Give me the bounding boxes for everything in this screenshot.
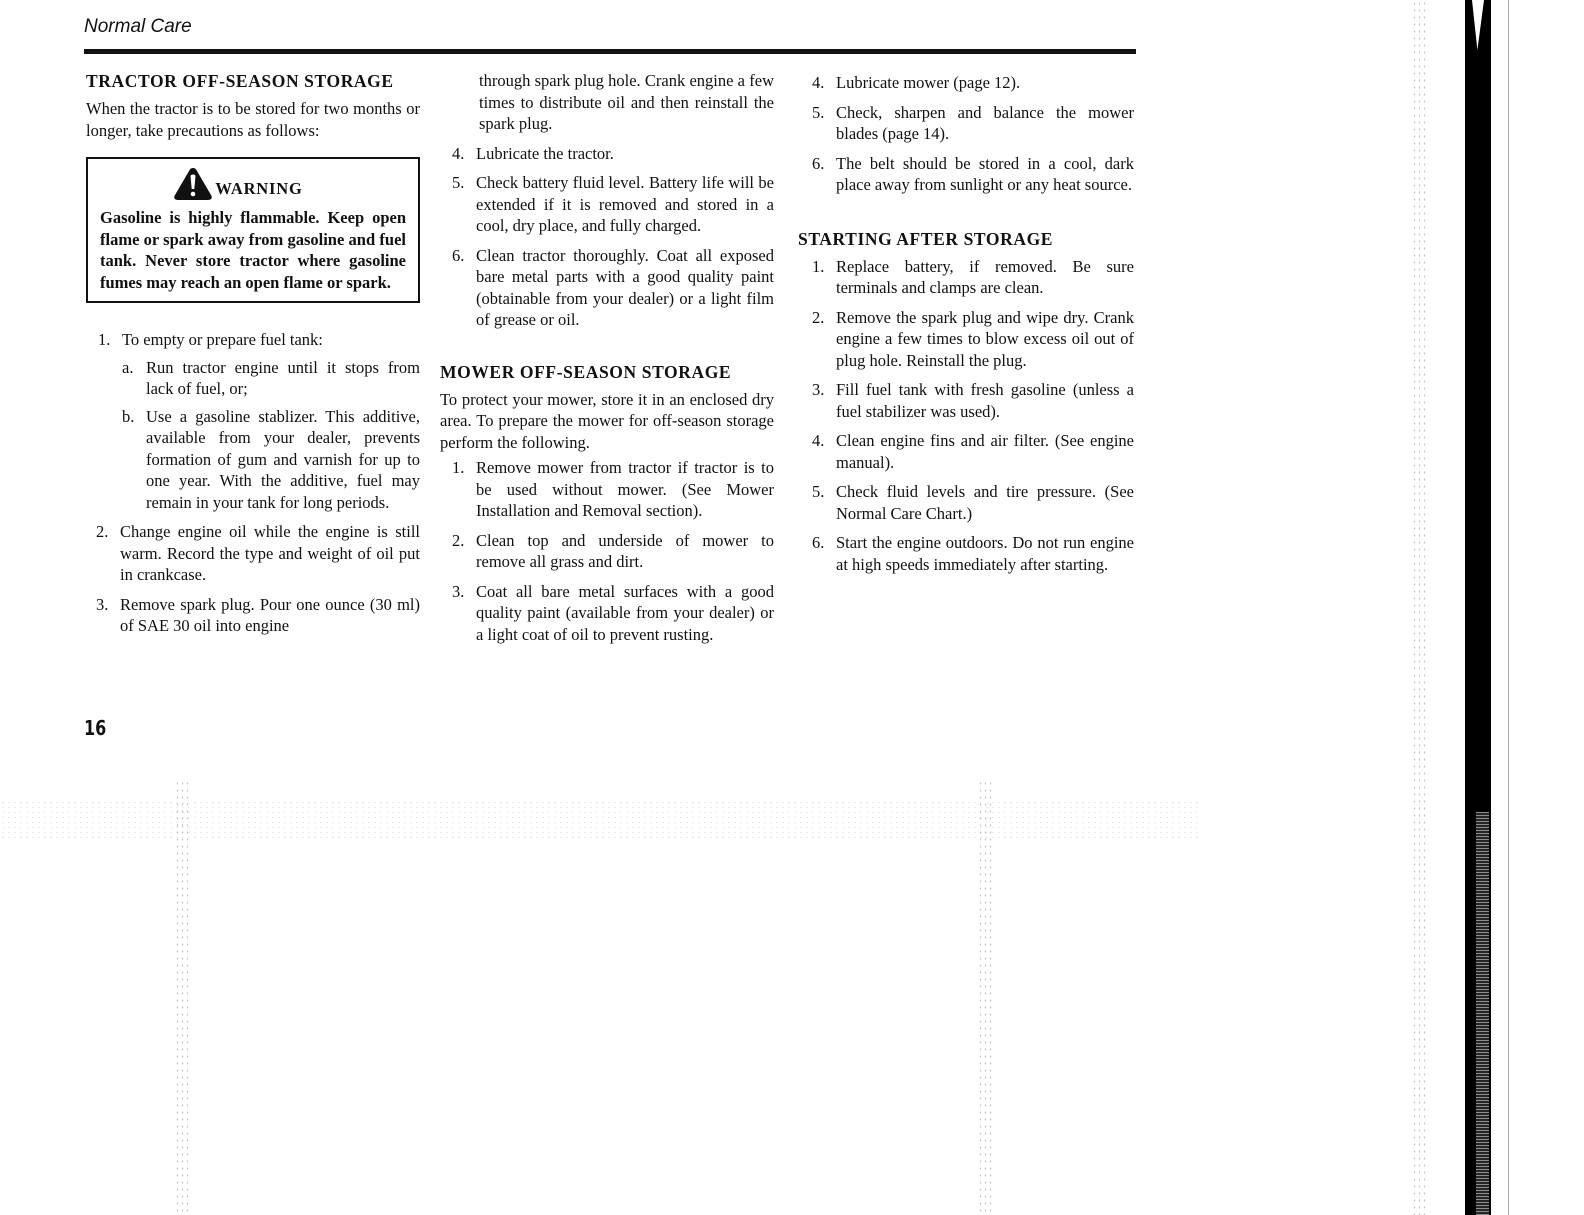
- mower-step-6: 6. The belt should be stored in a cool, …: [812, 153, 1134, 196]
- header-rule: [84, 49, 1136, 54]
- substep-letter: a.: [122, 357, 146, 400]
- tractor-storage-heading: TRACTOR OFF-SEASON STORAGE: [86, 70, 420, 92]
- step-number: 3.: [452, 581, 476, 646]
- scan-speckle-vertical: [175, 780, 189, 1215]
- mower-step-1: 1. Remove mower from tractor if tractor …: [452, 457, 774, 522]
- mower-step-4: 4. Lubricate mower (page 12).: [812, 72, 1134, 94]
- tractor-step-3-continuation: through spark plug hole. Crank engine a …: [440, 70, 774, 135]
- substep-letter: b.: [122, 406, 146, 514]
- mower-steps-list-continued: 4. Lubricate mower (page 12). 5. Check, …: [798, 72, 1134, 196]
- tractor-substep-b: b. Use a gasoline stablizer. This additi…: [122, 406, 420, 514]
- tractor-substep-a: a. Run tractor engine until it stops fro…: [122, 357, 420, 400]
- step-number: 1.: [452, 457, 476, 522]
- step-number: 3.: [96, 594, 120, 637]
- step-text: Change engine oil while the engine is st…: [120, 521, 420, 586]
- starting-step-5: 5. Check fluid levels and tire pressure.…: [812, 481, 1134, 524]
- step-text: Remove mower from tractor if tractor is …: [476, 457, 774, 522]
- column-3: 4. Lubricate mower (page 12). 5. Check, …: [798, 70, 1134, 583]
- step-number: 3.: [812, 379, 836, 422]
- tractor-step-5: 5. Check battery fluid level. Battery li…: [452, 172, 774, 237]
- column-1: TRACTOR OFF-SEASON STORAGE When the trac…: [86, 70, 420, 645]
- step-text: Coat all bare metal surfaces with a good…: [476, 581, 774, 646]
- running-head: Normal Care: [84, 16, 192, 38]
- substep-text: Run tractor engine until it stops from l…: [146, 357, 420, 400]
- step-text: Clean top and underside of mower to remo…: [476, 530, 774, 573]
- step-text: To empty or prepare fuel tank:: [122, 330, 323, 349]
- mower-step-2: 2. Clean top and underside of mower to r…: [452, 530, 774, 573]
- warning-header: WARNING: [100, 167, 406, 201]
- step-number: 4.: [812, 430, 836, 473]
- step-number: 6.: [812, 153, 836, 196]
- step-number: 1.: [98, 329, 122, 513]
- warning-triangle-icon: [173, 167, 213, 201]
- mower-storage-intro: To protect your mower, store it in an en…: [440, 389, 774, 454]
- column-2: through spark plug hole. Crank engine a …: [440, 70, 774, 653]
- starting-step-1: 1. Replace battery, if removed. Be sure …: [812, 256, 1134, 299]
- tractor-step-1: 1. To empty or prepare fuel tank: a. Run…: [86, 329, 420, 513]
- step-text: Start the engine outdoors. Do not run en…: [836, 532, 1134, 575]
- step-text: Clean engine fins and air filter. (See e…: [836, 430, 1134, 473]
- tractor-steps-list: 1. To empty or prepare fuel tank: a. Run…: [86, 329, 420, 637]
- starting-step-4: 4. Clean engine fins and air filter. (Se…: [812, 430, 1134, 473]
- step-number: 5.: [812, 481, 836, 524]
- step-number: 2.: [96, 521, 120, 586]
- tractor-step-2: 2. Change engine oil while the engine is…: [86, 521, 420, 586]
- step-number: 4.: [452, 143, 476, 165]
- step-text: The belt should be stored in a cool, dar…: [836, 153, 1134, 196]
- step-text: Remove the spark plug and wipe dry. Cran…: [836, 307, 1134, 372]
- warning-text: Gasoline is highly flammable. Keep open …: [100, 207, 406, 293]
- starting-step-2: 2. Remove the spark plug and wipe dry. C…: [812, 307, 1134, 372]
- step-text: Replace battery, if removed. Be sure ter…: [836, 256, 1134, 299]
- step-number: 6.: [812, 532, 836, 575]
- mower-step-3: 3. Coat all bare metal surfaces with a g…: [452, 581, 774, 646]
- step-number: 1.: [812, 256, 836, 299]
- page-number: 16: [84, 716, 106, 740]
- tractor-step-4: 4. Lubricate the tractor.: [452, 143, 774, 165]
- binding-texture: [1476, 812, 1489, 1215]
- starting-steps-list: 1. Replace battery, if removed. Be sure …: [798, 256, 1134, 576]
- mower-step-5: 5. Check, sharpen and balance the mower …: [812, 102, 1134, 145]
- step-number: 5.: [452, 172, 476, 237]
- step-text: Remove spark plug. Pour one ounce (30 ml…: [120, 594, 420, 637]
- scan-speckle-vertical: [978, 780, 992, 1215]
- page-edge-line: [1508, 0, 1509, 1215]
- step-number: 4.: [812, 72, 836, 94]
- starting-step-3: 3. Fill fuel tank with fresh gasoline (u…: [812, 379, 1134, 422]
- tractor-storage-intro: When the tractor is to be stored for two…: [86, 98, 420, 141]
- starting-step-6: 6. Start the engine outdoors. Do not run…: [812, 532, 1134, 575]
- warning-box: WARNING Gasoline is highly flammable. Ke…: [86, 157, 420, 303]
- mower-steps-list: 1. Remove mower from tractor if tractor …: [440, 457, 774, 645]
- step-text: Check, sharpen and balance the mower bla…: [836, 102, 1134, 145]
- tractor-step-6: 6. Clean tractor thoroughly. Coat all ex…: [452, 245, 774, 331]
- mower-storage-heading: MOWER OFF-SEASON STORAGE: [440, 361, 774, 383]
- step-text: Fill fuel tank with fresh gasoline (unle…: [836, 379, 1134, 422]
- tractor-steps-list-continued: 4. Lubricate the tractor. 5. Check batte…: [440, 143, 774, 331]
- step-number: 6.: [452, 245, 476, 331]
- scan-speckle-horizontal: [0, 800, 1200, 840]
- scan-speckle-vertical: [1412, 0, 1426, 1215]
- substep-text: Use a gasoline stablizer. This additive,…: [146, 406, 420, 514]
- step-text: Check battery fluid level. Battery life …: [476, 172, 774, 237]
- starting-after-storage-heading: STARTING AFTER STORAGE: [798, 228, 1134, 250]
- step-text: Lubricate mower (page 12).: [836, 72, 1134, 94]
- step-number: 2.: [452, 530, 476, 573]
- step-text: Lubricate the tractor.: [476, 143, 774, 165]
- step-text: Check fluid levels and tire pressure. (S…: [836, 481, 1134, 524]
- warning-label: WARNING: [215, 179, 302, 199]
- step-text: Clean tractor thoroughly. Coat all expos…: [476, 245, 774, 331]
- tractor-step-3: 3. Remove spark plug. Pour one ounce (30…: [86, 594, 420, 637]
- step-number: 2.: [812, 307, 836, 372]
- step-number: 5.: [812, 102, 836, 145]
